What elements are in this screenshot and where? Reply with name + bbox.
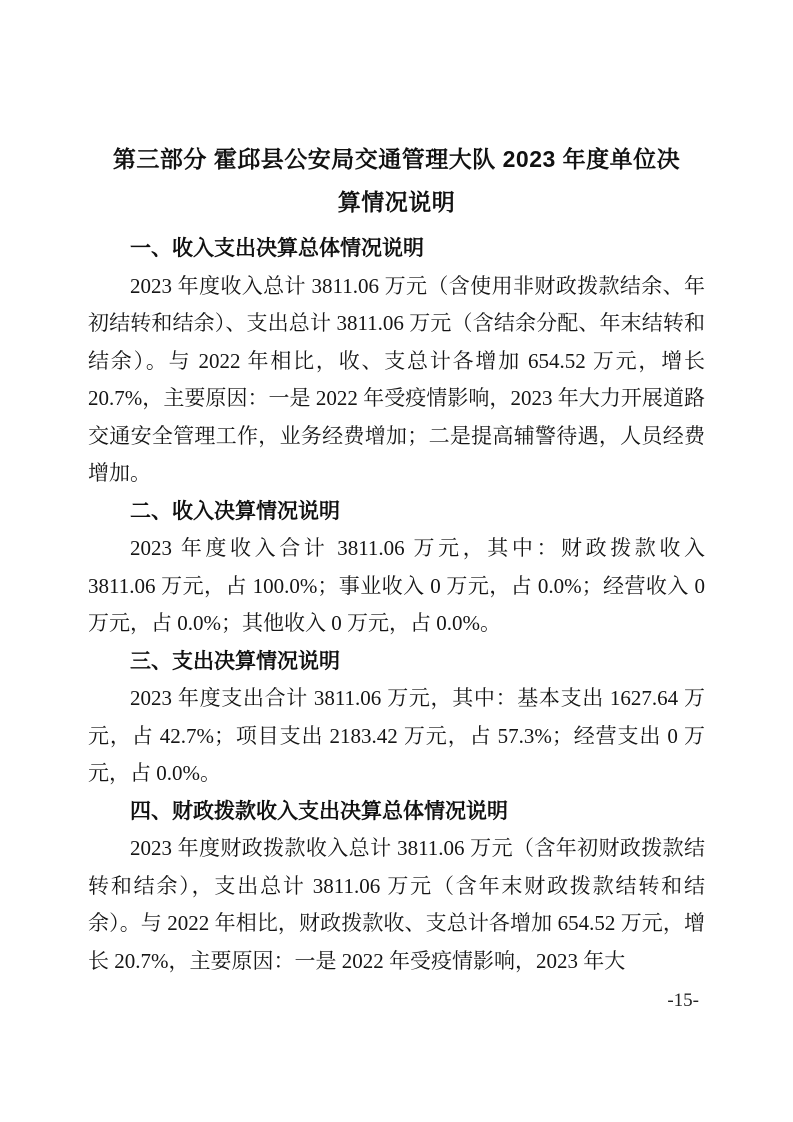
section-2-paragraph: 2023 年度收入合计 3811.06 万元，其中：财政拨款收入 3811.06… [88,530,705,643]
section-1-heading: 一、收入支出决算总体情况说明 [88,230,705,268]
section-income-expense-overview: 一、收入支出决算总体情况说明 2023 年度收入总计 3811.06 万元（含使… [88,230,705,493]
section-3-paragraph: 2023 年度支出合计 3811.06 万元，其中：基本支出 1627.64 万… [88,680,705,793]
section-4-heading: 四、财政拨款收入支出决算总体情况说明 [88,793,705,831]
section-expense-details: 三、支出决算情况说明 2023 年度支出合计 3811.06 万元，其中：基本支… [88,643,705,793]
section-1-paragraph: 2023 年度收入总计 3811.06 万元（含使用非财政拨款结余、年初结转和结… [88,268,705,493]
section-2-heading: 二、收入决算情况说明 [88,493,705,531]
section-4-paragraph: 2023 年度财政拨款收入总计 3811.06 万元（含年初财政拨款结转和结余）… [88,830,705,980]
document-title: 第三部分 霍邱县公安局交通管理大队 2023 年度单位决 算情况说明 [88,138,705,224]
page-number: -15- [667,990,699,1012]
document-page: 第三部分 霍邱县公安局交通管理大队 2023 年度单位决 算情况说明 一、收入支… [0,0,793,1122]
section-3-heading: 三、支出决算情况说明 [88,643,705,681]
section-fiscal-appropriation-overview: 四、财政拨款收入支出决算总体情况说明 2023 年度财政拨款收入总计 3811.… [88,793,705,981]
document-title-line1: 第三部分 霍邱县公安局交通管理大队 2023 年度单位决 [88,138,705,181]
section-income-details: 二、收入决算情况说明 2023 年度收入合计 3811.06 万元，其中：财政拨… [88,493,705,643]
document-title-line2: 算情况说明 [88,181,705,224]
